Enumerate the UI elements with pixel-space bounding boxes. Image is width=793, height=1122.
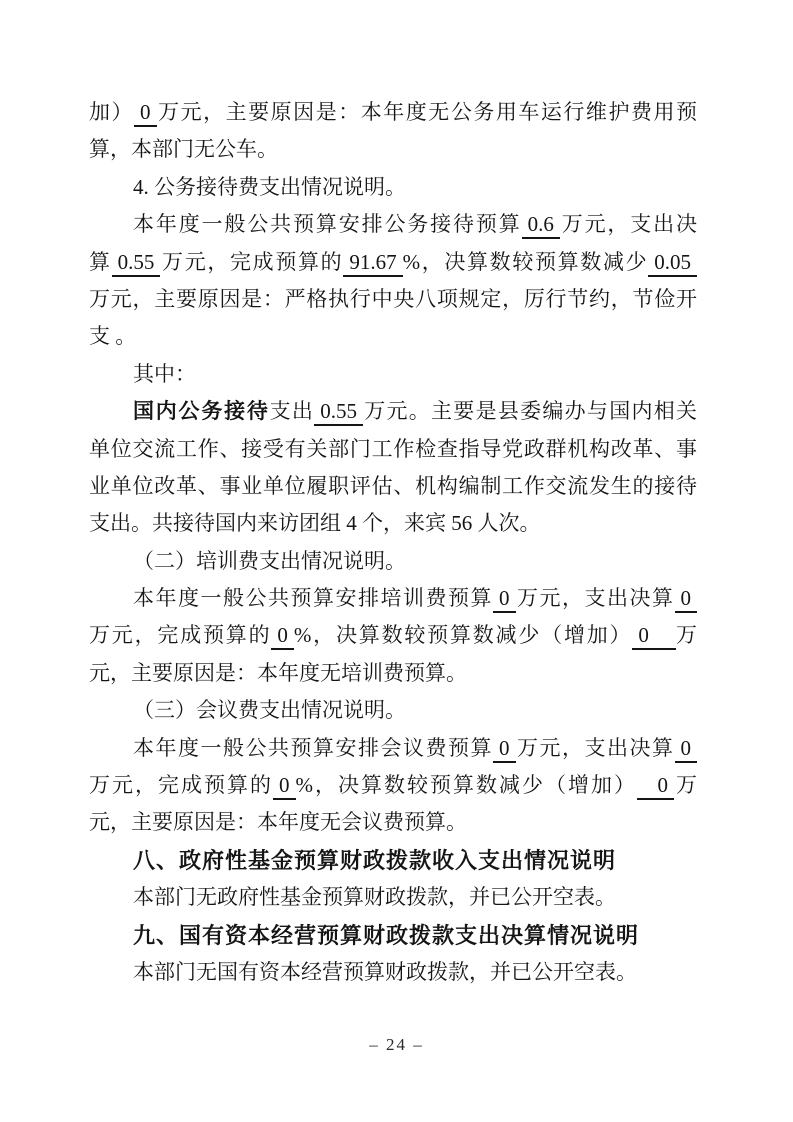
text-segment: %，决算数较预算数减少（增加）: [294, 623, 632, 647]
text-line: 算，本部门无公车。: [89, 131, 697, 168]
text-segment: 支 。: [89, 324, 136, 348]
text-segment: 万元，完成预算的: [160, 250, 343, 274]
text-segment: 万元，主要原因是：本年度无公务用车运行维护费用预: [157, 100, 697, 124]
text-line: （三）会议费支出情况说明。: [89, 692, 697, 729]
text-segment: 万元，支出决算: [516, 736, 675, 760]
text-segment: 八、政府性基金预算财政拨款收入支出情况说明: [133, 848, 616, 873]
underlined-value: 0.6: [522, 212, 560, 239]
text-segment: 单位交流工作、接受有关部门工作检查指导党政群机构改革、事: [89, 437, 697, 461]
text-line: （二）培训费支出情况说明。: [89, 543, 697, 580]
text-line: 4. 公务接待费支出情况说明。: [89, 169, 697, 206]
text-segment: 本年度一般公共预算安排公务接待预算: [133, 212, 522, 236]
text-segment: 支出。共接待国内来访团组 4 个，来宾 56 人次。: [89, 511, 541, 535]
text-line: 业单位改革、事业单位履职评估、机构编制工作交流发生的接待: [89, 468, 697, 505]
underlined-value: 0: [271, 623, 294, 650]
text-segment: 本部门无政府性基金预算财政拨款，并已公开空表。: [133, 885, 616, 909]
underlined-value: 0: [273, 773, 296, 800]
text-segment: 业单位改革、事业单位履职评估、机构编制工作交流发生的接待: [89, 474, 697, 498]
underlined-value: 0.05: [648, 250, 697, 277]
text-segment: 万元，完成预算的: [89, 623, 271, 647]
text-segment: 万元，支出决算: [516, 586, 675, 610]
text-segment: 万: [676, 623, 697, 647]
text-segment: 万元，主要原因是：严格执行中央八项规定，厉行节约，节俭开: [89, 287, 697, 311]
text-line: 算0.55万元，完成预算的91.67%，决算数较预算数减少0.05: [89, 244, 697, 281]
text-segment: 九、国有资本经营预算财政拨款支出决算情况说明: [133, 923, 639, 948]
text-line: 单位交流工作、接受有关部门工作检查指导党政群机构改革、事: [89, 431, 697, 468]
text-segment: 本部门无国有资本经营预算财政拨款，并已公开空表。: [133, 960, 637, 984]
text-line: 万元，主要原因是：严格执行中央八项规定，厉行节约，节俭开: [89, 281, 697, 318]
text-line: 加）0万元，主要原因是：本年度无公务用车运行维护费用预: [89, 94, 697, 131]
text-segment: 万元。主要是县委编办与国内相关: [363, 399, 697, 423]
underlined-value: 0: [675, 586, 698, 613]
text-segment: 本年度一般公共预算安排会议费预算: [133, 736, 493, 760]
text-line: 国内公务接待支出0.55万元。主要是县委编办与国内相关: [89, 393, 697, 430]
text-segment: 加）: [89, 100, 134, 124]
text-segment: 万元，完成预算的: [89, 773, 273, 797]
text-segment: 支出: [270, 399, 315, 423]
text-segment: 元，主要原因是：本年度无会议费预算。: [89, 810, 467, 834]
page-footer: – 24 –: [0, 1035, 793, 1055]
underlined-value: 91.67: [343, 250, 402, 277]
text-line: 万元，完成预算的0%，决算数较预算数减少（增加） 0万: [89, 767, 697, 804]
document-page: 加）0万元，主要原因是：本年度无公务用车运行维护费用预算，本部门无公车。4. 公…: [0, 0, 793, 1122]
document-body: 加）0万元，主要原因是：本年度无公务用车运行维护费用预算，本部门无公车。4. 公…: [89, 94, 697, 991]
underlined-value: 0: [134, 100, 157, 127]
underlined-value: 0: [675, 736, 698, 763]
text-line: 本年度一般公共预算安排公务接待预算0.6万元，支出决: [89, 206, 697, 243]
text-segment: %，决算数较预算数减少（增加）: [296, 773, 638, 797]
text-line: 本年度一般公共预算安排培训费预算0万元，支出决算0: [89, 580, 697, 617]
text-segment: 万: [674, 773, 697, 797]
underlined-value: 0: [632, 623, 676, 650]
underlined-value: 0: [637, 773, 674, 800]
bold-text: 国内公务接待: [133, 399, 270, 423]
page-number: – 24 –: [369, 1035, 424, 1054]
underlined-value: 0.55: [314, 399, 363, 426]
underlined-value: 0: [493, 586, 516, 613]
text-line: 本部门无政府性基金预算财政拨款，并已公开空表。: [89, 879, 697, 916]
text-segment: 元，主要原因是：本年度无培训费预算。: [89, 661, 467, 685]
text-line: 本部门无国有资本经营预算财政拨款，并已公开空表。: [89, 954, 697, 991]
text-segment: %，决算数较预算数减少: [403, 250, 649, 274]
text-segment: （三）会议费支出情况说明。: [133, 698, 406, 722]
text-line: 本年度一般公共预算安排会议费预算0万元，支出决算0: [89, 730, 697, 767]
section-heading: 九、国有资本经营预算财政拨款支出决算情况说明: [89, 917, 697, 954]
text-line: 支 。: [89, 318, 697, 355]
text-segment: 算，本部门无公车。: [89, 137, 278, 161]
text-segment: 本年度一般公共预算安排培训费预算: [133, 586, 493, 610]
text-line: 元，主要原因是：本年度无培训费预算。: [89, 655, 697, 692]
text-segment: 万元，支出决: [560, 212, 697, 236]
text-line: 支出。共接待国内来访团组 4 个，来宾 56 人次。: [89, 505, 697, 542]
text-line: 万元，完成预算的0%，决算数较预算数减少（增加）0 万: [89, 617, 697, 654]
underlined-value: 0.55: [112, 250, 161, 277]
text-segment: 4. 公务接待费支出情况说明。: [133, 175, 406, 199]
section-heading: 八、政府性基金预算财政拨款收入支出情况说明: [89, 842, 697, 879]
text-segment: 其中：: [133, 362, 196, 386]
text-segment: （二）培训费支出情况说明。: [133, 549, 406, 573]
underlined-value: 0: [493, 736, 516, 763]
text-segment: 算: [89, 250, 112, 274]
text-line: 元，主要原因是：本年度无会议费预算。: [89, 804, 697, 841]
text-line: 其中：: [89, 356, 697, 393]
